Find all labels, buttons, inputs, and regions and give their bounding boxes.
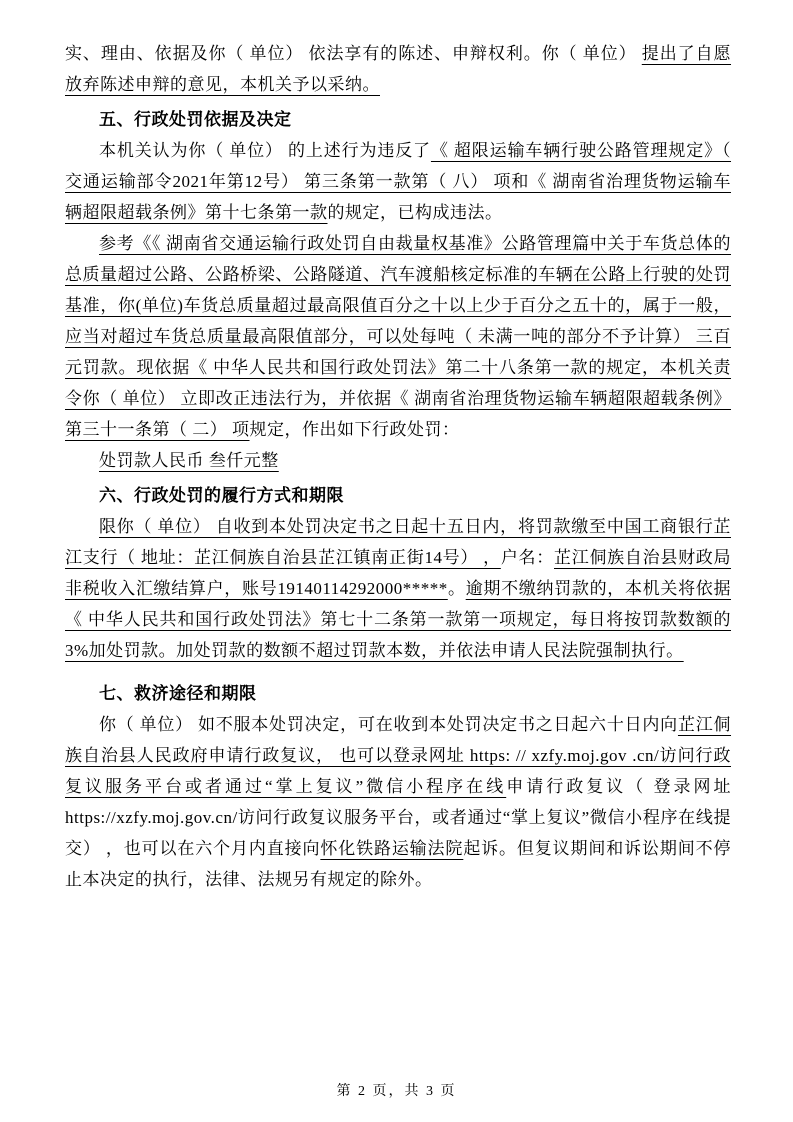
body-text: 你（ 单位） 如不服本处罚决定，可在收到本处罚决定书之日起六十日内向: [99, 715, 678, 734]
body-text: 。: [448, 579, 466, 598]
document-body: 实、理由、依据及你（ 单位） 依法享有的陈述、申辩权利。你（ 单位） 提出了自愿…: [65, 38, 731, 895]
paragraph-payment-instructions: 限你（ 单位） 自收到本处罚决定书之日起十五日内，将罚款缴至中国工商银行芷江支行…: [65, 511, 731, 666]
body-text: 本机关认为你（ 单位） 的上述行为违反了: [99, 141, 431, 160]
paragraph-penalty-amount: 处罚款人民币 叁仟元整: [65, 445, 731, 476]
section-heading-penalty-basis: 五、行政处罚依据及决定: [65, 104, 731, 135]
body-text: 户名：: [501, 548, 554, 567]
underlined-discretion-basis: 参考《《 湖南省交通运输行政处罚自由裁量权基准》公路管理篇中关于车货总体的总质量…: [65, 234, 731, 377]
page-number-footer: 第 2 页，共 3 页: [0, 1080, 793, 1100]
body-text: 规定，作出如下行政处罚：: [250, 420, 460, 439]
paragraph-violation-finding: 本机关认为你（ 单位） 的上述行为违反了《 超限运输车辆行驶公路管理规定》（ 交…: [65, 135, 731, 228]
paragraph-remedy-instructions: 你（ 单位） 如不服本处罚决定，可在收到本处罚决定书之日起六十日内向芷江侗族自治…: [65, 709, 731, 895]
underlined-court-name: 怀化铁路运输法院: [320, 839, 463, 858]
underlined-penalty-amount: 处罚款人民币 叁仟元整: [99, 451, 279, 470]
document-page: 实、理由、依据及你（ 单位） 依法享有的陈述、申辩权利。你（ 单位） 提出了自愿…: [0, 0, 793, 1122]
section-heading-remedies: 七、救济途径和期限: [65, 678, 731, 709]
body-text: 实、理由、依据及你（ 单位） 依法享有的陈述、申辩权利。你（ 单位）: [65, 44, 642, 63]
paragraph-discretion-standard: 参考《《 湖南省交通运输行政处罚自由裁量权基准》公路管理篇中关于车货总体的总质量…: [65, 228, 731, 445]
section-heading-payment-method: 六、行政处罚的履行方式和期限: [65, 480, 731, 511]
paragraph-statement-rights: 实、理由、依据及你（ 单位） 依法享有的陈述、申辩权利。你（ 单位） 提出了自愿…: [65, 38, 731, 100]
body-text: 的规定，已构成违法。: [328, 203, 503, 222]
